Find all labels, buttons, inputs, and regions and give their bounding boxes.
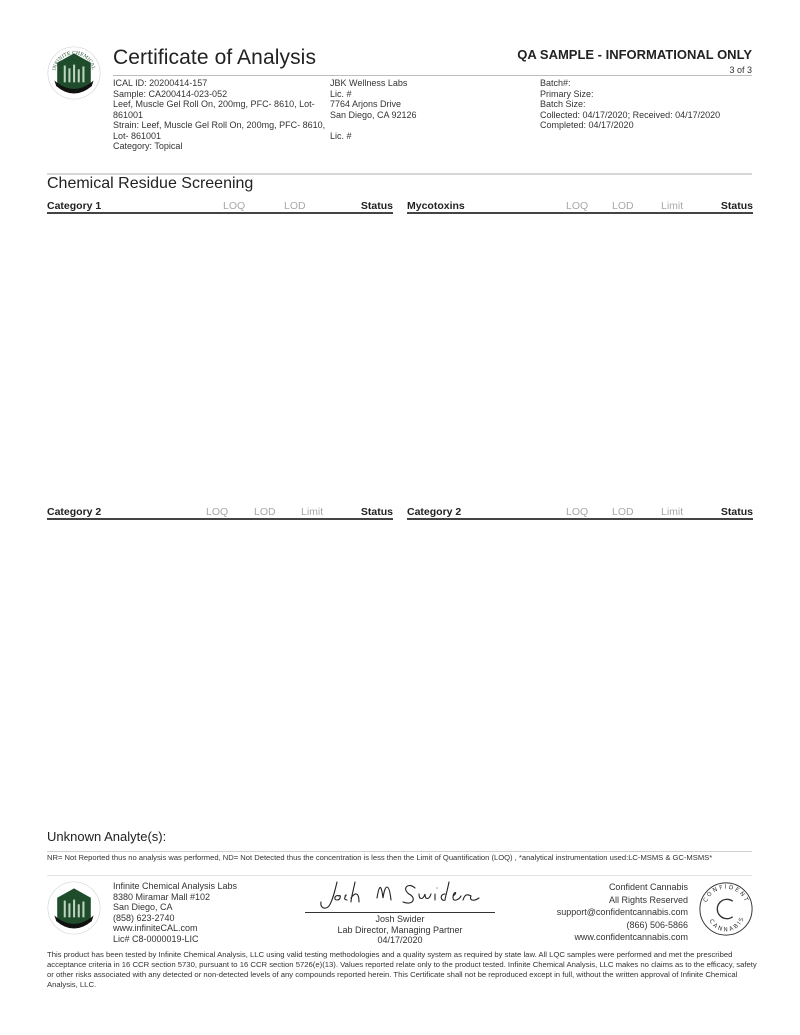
disclaimer: This product has been tested by Infinite… (47, 950, 759, 990)
cc-website[interactable]: www.confidentcannabis.com (557, 931, 688, 944)
client-license: Lic. # (330, 89, 417, 100)
section-title: Chemical Residue Screening (47, 175, 253, 193)
table-header-category-1: Category 1 LOQ LOD Status (47, 200, 393, 214)
col-limit: Limit (301, 506, 323, 518)
col-lod: LOD (612, 200, 634, 212)
col-lod: LOD (612, 506, 634, 518)
signature-date: 04/17/2020 (305, 935, 495, 946)
signature-block: Josh Swider Lab Director, Managing Partn… (305, 878, 495, 946)
client-name: JBK Wellness Labs (330, 78, 417, 89)
primary-size: Primary Size: (540, 89, 720, 100)
svg-text:CONFIDENT: CONFIDENT (703, 885, 749, 905)
batch-size: Batch Size: (540, 99, 720, 110)
signer-name: Josh Swider (305, 914, 495, 925)
confident-cannabis-icon: CONFIDENT CANNABIS (697, 880, 755, 938)
ical-id: ICAL ID: 20200414-157 (113, 78, 328, 89)
lab-name: Infinite Chemical Analysis Labs (113, 881, 237, 892)
ical-logo-icon (46, 880, 102, 936)
lab-website[interactable]: www.infiniteCAL.com (113, 923, 237, 934)
table-name: Category 2 (407, 506, 461, 518)
signer-title: Lab Director, Managing Partner (305, 925, 495, 936)
footer-ical-logo (46, 880, 102, 936)
client-info: JBK Wellness Labs Lic. # 7764 Arjons Dri… (330, 78, 417, 141)
client-address-1: 7764 Arjons Drive (330, 99, 417, 110)
col-status: Status (721, 200, 753, 212)
collected-received: Collected: 04/17/2020; Received: 04/17/2… (540, 110, 720, 121)
batch-info: Batch#: Primary Size: Batch Size: Collec… (540, 78, 720, 131)
header-divider (113, 75, 752, 76)
col-loq: LOQ (206, 506, 228, 518)
sample-info: ICAL ID: 20200414-157 Sample: CA200414-0… (113, 78, 328, 152)
completed-date: Completed: 04/17/2020 (540, 120, 720, 131)
page-title: Certificate of Analysis (113, 46, 316, 70)
batch-number: Batch#: (540, 78, 720, 89)
col-status: Status (361, 200, 393, 212)
table-name: Category 2 (47, 506, 101, 518)
signature-icon (315, 878, 485, 910)
table-name: Mycotoxins (407, 200, 465, 212)
product-name: Leef, Muscle Gel Roll On, 200mg, PFC- 86… (113, 99, 328, 120)
legend-notes: NR= Not Reported thus no analysis was pe… (47, 853, 757, 863)
table-header-mycotoxins: Mycotoxins LOQ LOD Limit Status (407, 200, 753, 214)
col-loq: LOQ (566, 200, 588, 212)
strain: Strain: Leef, Muscle Gel Roll On, 200mg,… (113, 120, 328, 141)
col-limit: Limit (661, 506, 683, 518)
cc-phone: (866) 506-5866 (557, 919, 688, 932)
col-loq: LOQ (223, 200, 245, 212)
table-header-category-2-right: Category 2 LOQ LOD Limit Status (407, 506, 753, 520)
lab-phone: (858) 623-2740 (113, 913, 237, 924)
spacer (330, 120, 417, 131)
notes-divider (47, 851, 752, 852)
col-loq: LOQ (566, 506, 588, 518)
table-name: Category 1 (47, 200, 101, 212)
confident-cannabis-info: Confident Cannabis All Rights Reserved s… (557, 881, 688, 944)
lab-address-1: 8380 Miramar Mall #102 (113, 892, 237, 903)
unknown-analytes-title: Unknown Analyte(s): (47, 829, 166, 844)
footer-divider (47, 875, 752, 876)
cc-name: Confident Cannabis (557, 881, 688, 894)
lab-license: Lic# C8-0000019-LIC (113, 934, 237, 945)
col-lod: LOD (284, 200, 306, 212)
col-status: Status (361, 506, 393, 518)
confident-cannabis-logo: CONFIDENT CANNABIS (697, 880, 755, 938)
col-lod: LOD (254, 506, 276, 518)
ical-logo: INFINITE CHEMICAL (46, 45, 102, 101)
qa-banner: QA SAMPLE - INFORMATIONAL ONLY (517, 47, 752, 62)
col-limit: Limit (661, 200, 683, 212)
sample-id: Sample: CA200414-023-052 (113, 89, 328, 100)
category: Category: Topical (113, 141, 328, 152)
cc-email[interactable]: support@confidentcannabis.com (557, 906, 688, 919)
client-address-2: San Diego, CA 92126 (330, 110, 417, 121)
lab-contact-info: Infinite Chemical Analysis Labs 8380 Mir… (113, 881, 237, 945)
ical-logo-icon: INFINITE CHEMICAL (46, 45, 102, 101)
cc-rights: All Rights Reserved (557, 894, 688, 907)
client-license-2: Lic. # (330, 131, 417, 142)
table-header-category-2-left: Category 2 LOQ LOD Limit Status (47, 506, 393, 520)
lab-address-2: San Diego, CA (113, 902, 237, 913)
col-status: Status (721, 506, 753, 518)
signature-line (305, 912, 495, 913)
page-indicator: 3 of 3 (729, 65, 752, 75)
